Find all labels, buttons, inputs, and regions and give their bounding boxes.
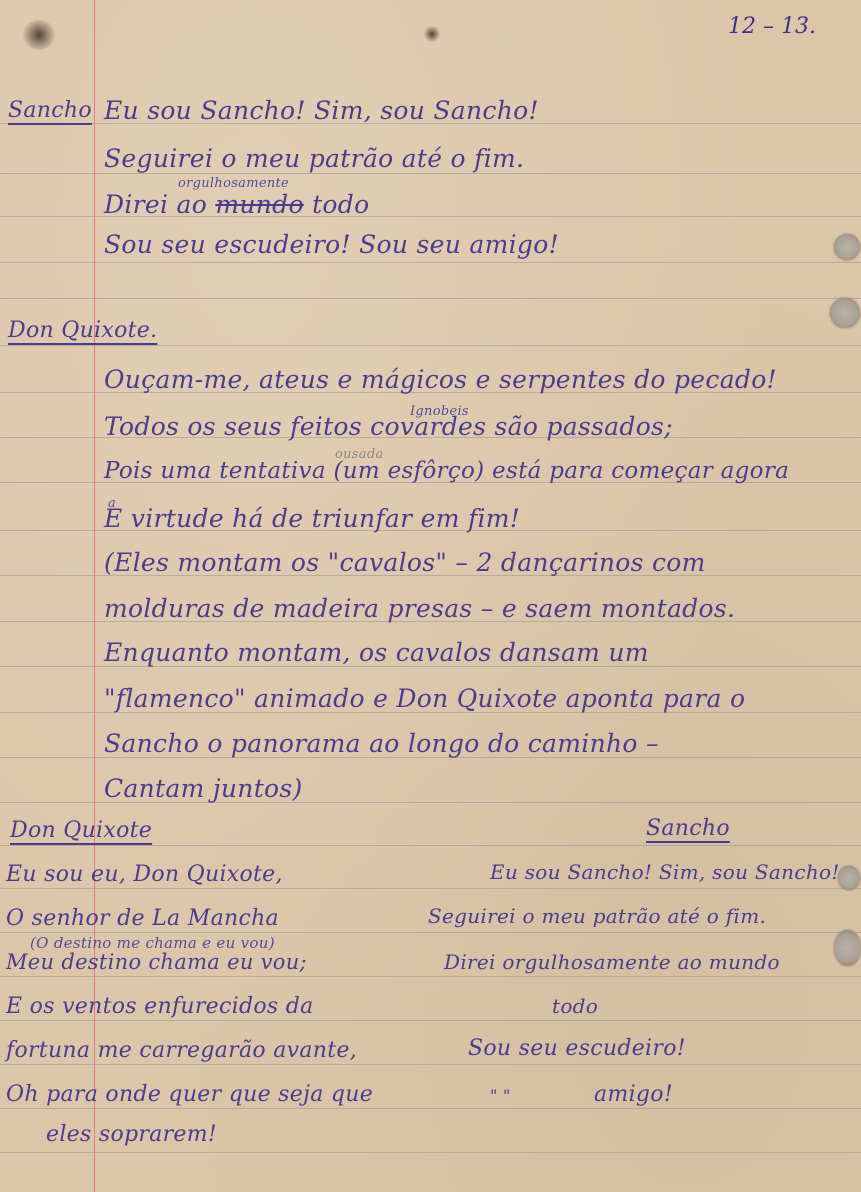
lyric-line: Meu destino chama eu vou; xyxy=(6,950,307,974)
lyric-line: Ouçam-me, ateus e mágicos e serpentes do… xyxy=(104,365,777,394)
lyric-line: Sou seu escudeiro! Sou seu amigo! xyxy=(104,230,559,259)
lyric-fragment: (um esfôrço) está para começar agora xyxy=(333,458,789,484)
lyric-fragment: todo xyxy=(312,190,369,219)
lyric-line: Direi ao mundo todo xyxy=(104,190,369,219)
ruled-line xyxy=(0,1020,861,1021)
insertion-note: orgulhosamente xyxy=(178,176,289,191)
stage-direction-line: Enquanto montam, os cavalos dansam um xyxy=(104,638,649,667)
lyric-line: Eu sou Sancho! Sim, sou Sancho! xyxy=(104,96,539,125)
lyric-line: Eu sou eu, Don Quixote, xyxy=(6,862,283,887)
speaker-sancho: Sancho xyxy=(646,816,730,841)
lyric-line: Todos os seus feitos covardes são passad… xyxy=(104,412,673,441)
ruled-line xyxy=(0,976,861,977)
speaker-don-quixote: Don Quixote xyxy=(10,818,152,843)
page-number: 12 – 13. xyxy=(728,14,816,39)
punch-hole xyxy=(834,930,861,966)
punch-hole xyxy=(834,234,860,260)
ruled-line xyxy=(0,932,861,933)
stage-direction-line: "flamenco" animado e Don Quixote aponta … xyxy=(104,684,745,713)
punch-hole xyxy=(830,298,860,328)
speaker-sancho: Sancho xyxy=(8,98,92,123)
lyric-fragment: são passados; xyxy=(494,412,672,441)
stage-direction-line: (Eles montam os "cavalos" – 2 dançarinos… xyxy=(104,548,706,577)
ruled-line xyxy=(0,298,861,299)
lyric-fragment: Todos os seus feitos xyxy=(104,412,362,441)
lyric-line: eles soprarem! xyxy=(46,1122,217,1147)
ruled-line xyxy=(0,1064,861,1065)
lyric-line: fortuna me carregarão avante, xyxy=(6,1038,357,1063)
lyric-line: E os ventos enfurecidos da xyxy=(6,994,314,1019)
lyric-fragment: Pois uma tentativa xyxy=(104,458,326,484)
lyric-fragment: covardes xyxy=(370,412,486,441)
lyric-line: Sou seu escudeiro! xyxy=(468,1036,686,1061)
stage-direction-line: molduras de madeira presas – e saem mont… xyxy=(104,594,735,623)
lyric-line: todo xyxy=(552,994,598,1018)
lyric-line: Pois uma tentativa (um esfôrço) está par… xyxy=(104,458,789,484)
ink-blot xyxy=(22,20,56,50)
lyric-fragment: Direi ao xyxy=(104,190,207,219)
lyric-line: amigo! xyxy=(594,1082,673,1107)
ruled-line xyxy=(0,345,861,346)
punch-hole xyxy=(838,866,860,890)
lyric-line: O senhor de La Mancha xyxy=(6,906,279,931)
lyric-line: Seguirei o meu patrão até o fim. xyxy=(104,144,524,173)
ruled-line xyxy=(0,1152,861,1153)
ink-blot xyxy=(424,26,440,42)
ruled-line xyxy=(0,888,861,889)
ruled-line xyxy=(0,1108,861,1109)
lyric-line: Eu sou Sancho! Sim, sou Sancho! xyxy=(490,860,840,884)
lyric-line: E virtude há de triunfar em fim! xyxy=(104,504,520,533)
lyric-line: Seguirei o meu patrão até o fim. xyxy=(428,904,766,928)
ruled-line xyxy=(0,845,861,846)
stage-direction-line: Sancho o panorama ao longo do caminho – xyxy=(104,729,659,758)
stage-direction-line: Cantam juntos) xyxy=(104,774,303,803)
struck-word: mundo xyxy=(215,190,303,219)
lyric-line: Direi orgulhosamente ao mundo xyxy=(444,950,780,974)
ruled-line xyxy=(0,173,861,174)
ruled-line xyxy=(0,262,861,263)
speaker-don-quixote: Don Quixote. xyxy=(8,318,157,343)
manuscript-page: 12 – 13. Sancho Eu sou Sancho! Sim, sou … xyxy=(0,0,861,1192)
lyric-line: Oh para onde quer que seja que xyxy=(6,1082,373,1107)
ditto-marks: " " xyxy=(490,1086,511,1105)
